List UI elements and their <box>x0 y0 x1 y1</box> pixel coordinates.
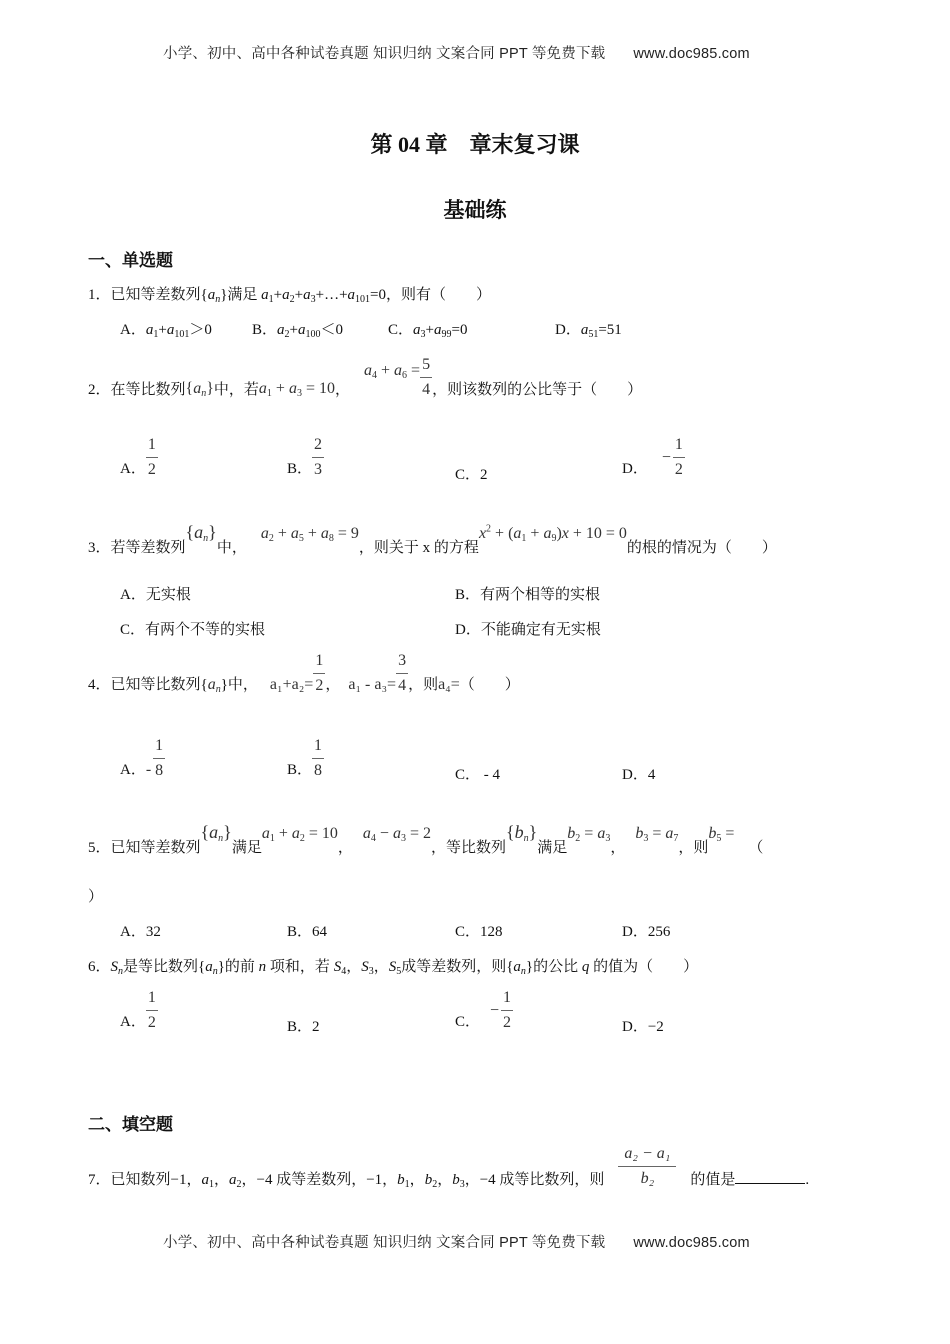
q2-option-b[interactable]: B．23 <box>287 436 324 479</box>
option-label: A． <box>120 587 146 603</box>
option-text: 无实根 <box>146 587 191 603</box>
section-heading-fill-blank: 二、填空题 <box>88 1110 173 1135</box>
question-text: 项和，若 <box>266 959 334 975</box>
fraction: a₂ − a₁b₂ <box>618 1145 676 1188</box>
math-eq: a₁+a₂= <box>270 676 313 693</box>
question-text: }的前 <box>218 959 259 975</box>
question-text: 已知等差数列 <box>111 840 201 856</box>
math-eq: a1 + a3 = 10 <box>259 380 335 397</box>
math-eq: a4 + a6 = <box>364 362 420 379</box>
question-number: 6． <box>88 959 111 975</box>
option-label: D． <box>622 1019 648 1035</box>
math-set-an: {an} <box>186 380 214 397</box>
option-label: A． <box>120 762 146 778</box>
question-text: 的值为（ ） <box>589 959 698 975</box>
denominator: 2 <box>675 458 683 479</box>
fraction: 12 <box>146 436 158 479</box>
question-text: =0，则有（ ） <box>370 287 491 303</box>
q4-option-d[interactable]: D．4 <box>622 763 655 784</box>
denominator: 8 <box>314 759 322 780</box>
footer-text: 小学、初中、高中各种试卷真题 知识归纳 文案合同 PPT 等免费下载 <box>163 1235 605 1251</box>
fraction: 12 <box>146 989 158 1032</box>
option-text: 不能确定有无实根 <box>481 622 601 638</box>
option-value: 32 <box>146 924 161 940</box>
q5-option-a[interactable]: A．32 <box>120 920 161 941</box>
numerator: 1 <box>312 737 324 759</box>
separator: ， <box>338 840 353 856</box>
fraction: 34 <box>396 652 408 695</box>
question-text: ，则该数列的公比等于（ ） <box>432 382 642 398</box>
q3-option-d[interactable]: D．不能确定有无实根 <box>455 618 601 639</box>
math-eq: b2 = a3 <box>567 825 610 842</box>
question-text: ，则关于 x 的方程 <box>359 540 479 556</box>
numerator: 3 <box>396 652 408 674</box>
math-eq: b5 = <box>708 825 734 842</box>
option-value: 128 <box>480 924 503 940</box>
math-set-an: {an} <box>201 822 232 842</box>
separator: ， <box>610 840 625 856</box>
option-label: B． <box>287 762 312 778</box>
option-label: A． <box>120 1014 146 1030</box>
question-number: 1． <box>88 287 111 303</box>
option-text: 有两个不等的实根 <box>145 622 265 638</box>
math-an: an <box>208 676 221 693</box>
question-text: 若等差数列 <box>111 540 186 556</box>
math-equation: x2 + (a1 + a9)x + 10 = 0 <box>479 525 627 542</box>
denominator: 2 <box>315 674 323 695</box>
option-label: D． <box>622 767 648 783</box>
fraction: 18 <box>153 737 165 780</box>
q4-option-b[interactable]: B．18 <box>287 737 324 780</box>
paren: （ <box>748 840 763 856</box>
question-1: 1．已知等差数列{an}满足 a1+a2+a3+…+a101=0，则有（ ） <box>88 283 491 305</box>
option-label: B． <box>252 322 277 338</box>
question-text: 满足 <box>537 840 567 856</box>
option-label: C． <box>455 924 480 940</box>
q1-option-c[interactable]: C．a3+a99=0 <box>388 318 467 340</box>
q2-option-d[interactable]: D．−12 <box>622 436 685 479</box>
question-3: 3．若等差数列{an}中，a2 + a5 + a8 = 9，则关于 x 的方程x… <box>88 522 777 557</box>
separator: ， <box>410 1172 425 1188</box>
question-number: 5． <box>88 840 111 856</box>
question-5: 5．已知等差数列{an}满足a1 + a2 = 10，a4 − a3 = 2，等… <box>88 822 763 857</box>
q2-option-a[interactable]: A．12 <box>120 436 158 479</box>
question-number: 7． <box>88 1172 111 1188</box>
q6-option-b[interactable]: B．2 <box>287 1015 320 1036</box>
q6-option-a[interactable]: A．12 <box>120 989 158 1032</box>
separator: ， <box>335 382 350 398</box>
q2-option-c[interactable]: C．2 <box>455 463 488 484</box>
option-label: C． <box>455 467 480 483</box>
q5-paren-close: ） <box>88 885 103 906</box>
numerator: 1 <box>501 989 513 1011</box>
option-label: C． <box>388 322 413 338</box>
question-number: 4． <box>88 677 111 693</box>
denominator: 2 <box>503 1011 511 1032</box>
separator: ， <box>346 959 361 975</box>
option-label: C． <box>455 1014 480 1030</box>
numerator: 1 <box>673 436 685 458</box>
denominator: b₂ <box>641 1167 655 1188</box>
q3-option-b[interactable]: B．有两个相等的实根 <box>455 583 600 604</box>
question-text: （ ） <box>460 677 520 693</box>
q3-option-c[interactable]: C．有两个不等的实根 <box>120 618 265 639</box>
numerator: 1 <box>153 737 165 759</box>
math-eq: b3 = a7 <box>635 825 678 842</box>
math-eq: a2 + a5 + a8 = 9 <box>261 525 359 542</box>
minus-sign: − <box>662 449 671 466</box>
question-text: 已知等比数列{ <box>111 677 208 693</box>
question-text: 满足 <box>232 840 262 856</box>
minus-sign: − <box>490 1002 499 1019</box>
separator: ， <box>374 959 389 975</box>
footer-url[interactable]: www.doc985.com <box>633 1235 749 1251</box>
q4-option-a[interactable]: A．-18 <box>120 737 165 780</box>
section-heading-single-choice: 一、单选题 <box>88 246 173 271</box>
header-text: 小学、初中、高中各种试卷真题 知识归纳 文案合同 PPT 等免费下载 <box>163 46 605 62</box>
option-label: B． <box>287 924 312 940</box>
question-text: 的根的情况为（ ） <box>627 540 777 556</box>
q4-option-c[interactable]: C． - 4 <box>455 763 500 784</box>
question-text: ，等比数列 <box>431 840 506 856</box>
question-text: 已知数列−1， <box>111 1172 202 1188</box>
denominator: 4 <box>422 378 430 399</box>
numerator: 1 <box>146 436 158 458</box>
numerator: a₂ − a₁ <box>618 1145 676 1167</box>
answer-blank[interactable] <box>735 1169 805 1184</box>
separator: ， <box>214 1172 229 1188</box>
question-text: }的公比 <box>526 959 582 975</box>
option-label: D． <box>555 322 581 338</box>
page-subtitle: 基础练 <box>0 194 950 224</box>
header-url[interactable]: www.doc985.com <box>633 46 749 62</box>
option-label: B． <box>287 1019 312 1035</box>
option-label: A． <box>120 461 146 477</box>
question-6: 6．Sn是等比数列{an}的前 n 项和，若 S4，S3，S5成等差数列，则{a… <box>88 955 698 977</box>
option-label: D． <box>622 924 648 940</box>
option-label: C． <box>455 767 480 783</box>
question-text: 中，若 <box>214 382 259 398</box>
denominator: 2 <box>148 458 156 479</box>
option-label: B． <box>455 587 480 603</box>
option-label: A． <box>120 322 146 338</box>
fraction: 12 <box>501 989 513 1032</box>
question-text: 成等差数列，则{ <box>401 959 513 975</box>
denominator: 2 <box>148 1011 156 1032</box>
question-4: 4．已知等比数列{an}中，a₁+a₂=12，a₁ - a₃=34，则a₄=（ … <box>88 652 520 695</box>
q5-option-d[interactable]: D．256 <box>622 920 670 941</box>
minus-sign: - <box>146 761 151 778</box>
option-value: 2 <box>312 1019 320 1035</box>
question-7: 7．已知数列−1，a1，a2，−4 成等差数列，−1，b1，b2，b3，−4 成… <box>88 1145 809 1190</box>
q5-option-b[interactable]: B．64 <box>287 920 327 941</box>
question-text: ，−4 成等差数列，−1， <box>242 1172 398 1188</box>
numerator: 5 <box>420 356 432 378</box>
fraction: 12 <box>673 436 685 479</box>
q1-option-a[interactable]: A．a1+a101＞0 <box>120 318 212 340</box>
option-value: - 4 <box>480 767 500 783</box>
denominator: 3 <box>314 458 322 479</box>
fraction: 23 <box>312 436 324 479</box>
period: . <box>805 1172 809 1188</box>
question-text: }满足 <box>220 287 261 303</box>
option-value: 64 <box>312 924 327 940</box>
denominator: 8 <box>155 759 163 780</box>
question-text: ，−4 成等比数列，则 <box>465 1172 605 1188</box>
option-value: −2 <box>648 1019 664 1035</box>
fraction: 12 <box>313 652 325 695</box>
q3-option-a[interactable]: A．无实根 <box>120 583 191 604</box>
page-header: 小学、初中、高中各种试卷真题 知识归纳 文案合同 PPT 等免费下载www.do… <box>163 42 750 63</box>
math-eq: a₄= <box>438 676 460 693</box>
option-label: D． <box>455 622 481 638</box>
option-value: 256 <box>648 924 671 940</box>
question-number: 3． <box>88 540 111 556</box>
numerator: 2 <box>312 436 324 458</box>
question-number: 2． <box>88 354 111 399</box>
numerator: 1 <box>313 652 325 674</box>
separator: ， <box>437 1172 452 1188</box>
math-set-bn: {bn} <box>506 822 537 842</box>
question-text: 是等比数列{ <box>123 959 205 975</box>
question-text: ，则 <box>408 677 438 693</box>
numerator: 1 <box>146 989 158 1011</box>
option-value: 2 <box>480 467 488 483</box>
math-eq: a1 + a2 = 10 <box>262 825 338 842</box>
fraction: 54 <box>420 356 432 399</box>
fraction: 18 <box>312 737 324 780</box>
q6-option-c[interactable]: C．−12 <box>455 989 513 1032</box>
page-title: 第 04 章 章末复习课 <box>0 128 950 159</box>
question-text: }中， <box>221 677 258 693</box>
option-value: 4 <box>648 767 656 783</box>
separator: ， <box>325 677 340 693</box>
option-text: 有两个相等的实根 <box>480 587 600 603</box>
option-label: A． <box>120 924 146 940</box>
question-text: 的值是 <box>690 1172 735 1188</box>
page-footer: 小学、初中、高中各种试卷真题 知识归纳 文案合同 PPT 等免费下载www.do… <box>163 1231 750 1252</box>
q5-option-c[interactable]: C．128 <box>455 920 503 941</box>
math-eq: a₁ - a₃= <box>348 676 396 693</box>
math-set-an: {an} <box>186 522 217 542</box>
q6-option-d[interactable]: D．−2 <box>622 1015 664 1036</box>
question-text: 已知等差数列{ <box>111 287 208 303</box>
question-text: ，则 <box>678 840 708 856</box>
q1-option-b[interactable]: B．a2+a100＜0 <box>252 318 343 340</box>
option-label: B． <box>287 461 312 477</box>
question-text: 在等比数列 <box>111 382 186 398</box>
option-label: C． <box>120 622 145 638</box>
q1-option-d[interactable]: D．a51=51 <box>555 318 622 340</box>
question-2: 2．在等比数列{an}中，若a1 + a3 = 10，a4 + a6 =54，则… <box>88 354 642 399</box>
math-eq: a4 − a3 = 2 <box>363 825 431 842</box>
denominator: 4 <box>398 674 406 695</box>
question-text: 中， <box>217 540 247 556</box>
option-label: D． <box>622 461 648 477</box>
